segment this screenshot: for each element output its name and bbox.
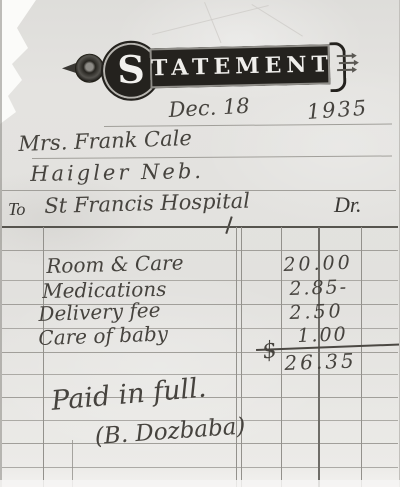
banner-arrow-icon [337, 55, 353, 57]
item-amount: 2.85- [289, 276, 348, 300]
paid-note: Paid in full. [50, 372, 208, 416]
item-amount: 20.00 [283, 252, 353, 276]
handwriting-flourish [225, 216, 232, 234]
row-rule [2, 443, 398, 444]
item-amount: 1.00 [297, 323, 348, 347]
date-year: 1935 [306, 96, 369, 124]
column-rule [241, 227, 242, 487]
banner-bar: TATEMENT [150, 44, 331, 88]
torn-corner [0, 0, 60, 130]
payee-name: St Francis Hospital [44, 189, 250, 218]
date-month-day: Dec. 18 [168, 94, 250, 122]
banner-medallion-ornament [75, 53, 105, 83]
banner-arrow-icon [337, 69, 353, 71]
item-amount: 2.50 [289, 300, 344, 324]
column-rule [236, 227, 237, 487]
customer-address: Haigler Neb. [30, 159, 204, 186]
dr-label: Dr. [334, 192, 362, 218]
column-rule [43, 227, 44, 487]
item-description: Room & Care [46, 250, 184, 278]
scan-edge-bottom [0, 480, 400, 487]
signature: (B. Dozbaba) [94, 413, 246, 449]
name-rule [32, 155, 392, 159]
paper-crease [251, 4, 302, 37]
statement-document: S TATEMENT Dec. 18 1935 Mrs. Frank Cale … [0, 0, 400, 487]
banner-spear-ornament [62, 63, 76, 73]
row-rule [2, 250, 398, 251]
page-title: TATEMENT [151, 51, 333, 81]
to-label: To [8, 199, 25, 220]
banner-arrow-icon [339, 62, 355, 64]
title-initial: S [117, 50, 145, 89]
scan-edge-left [0, 0, 2, 487]
customer-name: Mrs. Frank Cale [18, 126, 192, 156]
row-rule [2, 467, 398, 468]
column-rule [281, 227, 282, 487]
total-currency: $ [260, 336, 279, 364]
banner-endcap-ornament [329, 42, 346, 92]
statement-banner: S TATEMENT [59, 35, 360, 102]
table-top-rule [2, 226, 398, 228]
item-description: Care of baby [38, 321, 168, 350]
total-amount: 26.35 [284, 348, 357, 375]
column-rule [361, 227, 362, 487]
